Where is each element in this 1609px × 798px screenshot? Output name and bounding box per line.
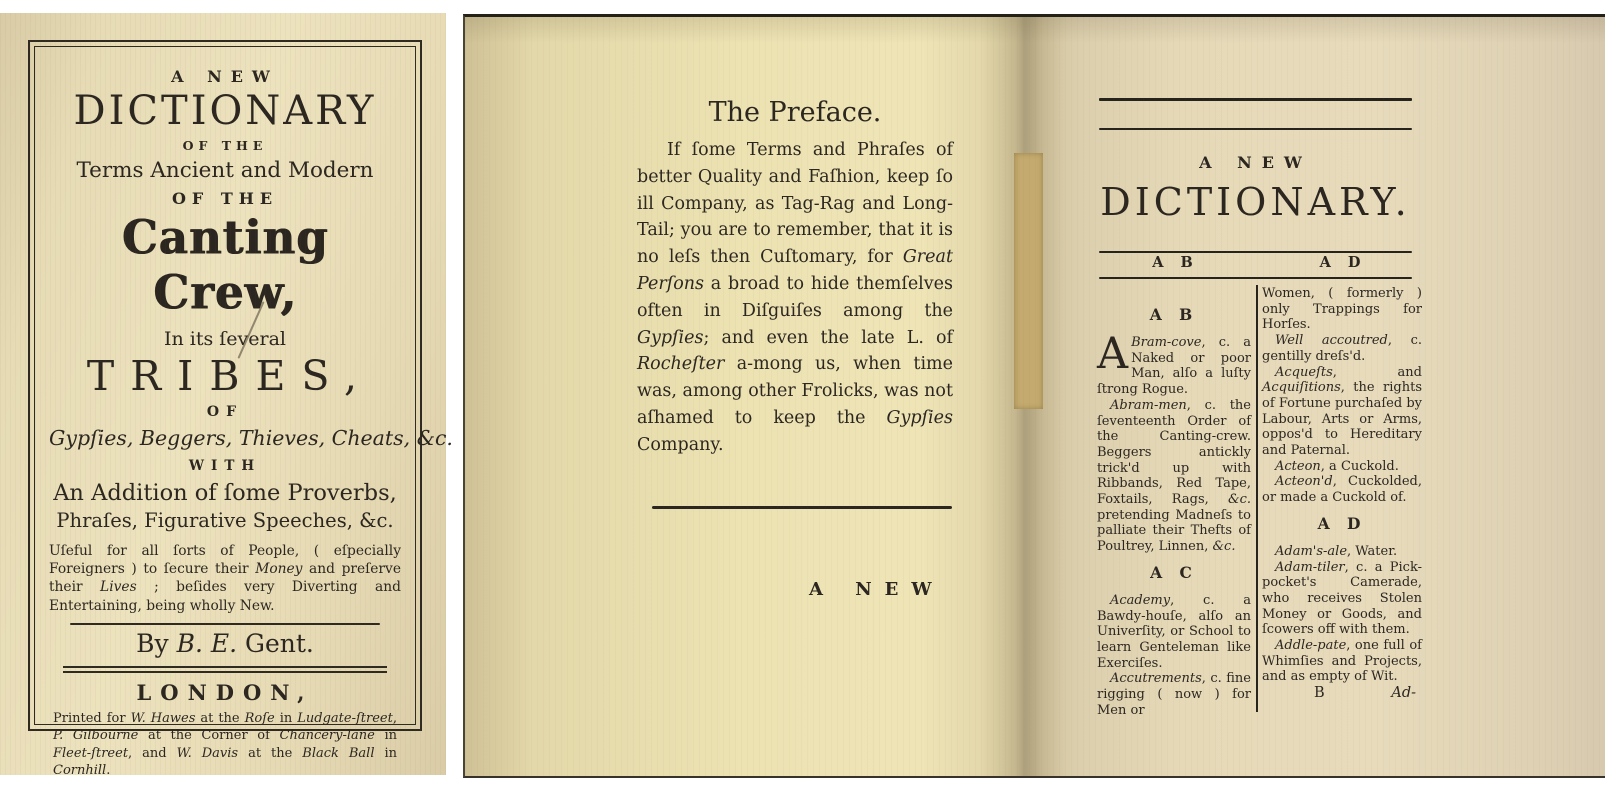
title-border-outer: A NEW DICTIONARY OF THE Terms Ancient an… <box>28 40 422 731</box>
signature-mark: B <box>1314 686 1325 702</box>
text-segment: Printed for <box>53 711 131 726</box>
text-segment: at the <box>238 746 302 761</box>
dictionary-entry: Acteon'd, Cuckolded, or made a Cuckold o… <box>1262 474 1422 505</box>
italic-text-segment: Well accoutred <box>1275 333 1388 348</box>
italic-text-segment: Black Ball <box>302 746 374 761</box>
drop-cap: A <box>1097 335 1131 371</box>
text-segment: , <box>393 711 397 726</box>
text-segment: By <box>136 629 176 658</box>
dictionary-entry: Adam's-ale, Water. <box>1262 544 1422 560</box>
italic-text-segment: Fleet-ſtreet <box>53 746 128 761</box>
text-segment: , a Cuckold. <box>1321 459 1399 474</box>
text-segment: , Water. <box>1347 544 1397 559</box>
title-line-with: WITH <box>49 458 401 474</box>
catchword: Ad- <box>1391 686 1416 702</box>
dictionary-entry: ABram-cove, c. a Naked or poor Man, alſo… <box>1097 335 1251 398</box>
text-segment: at the <box>195 711 244 726</box>
italic-text-segment: Acqueſts <box>1275 365 1333 380</box>
text-segment: Gent. <box>237 629 314 658</box>
italic-text-segment: Rocheſter <box>637 354 724 374</box>
title-line-tribes-list: Gypſies, Beggers, Thieves, Cheats, &c. <box>49 426 401 450</box>
italic-text-segment: Gypſies <box>887 408 953 428</box>
text-segment: in <box>375 728 397 743</box>
italic-text-segment: Accutrements <box>1110 671 1202 686</box>
column-divider-rule <box>1256 285 1258 712</box>
section-heading: A D <box>1262 515 1422 533</box>
book-spread-scan: The Preface. If ſome Terms and Phraſes o… <box>463 14 1605 778</box>
italic-text-segment: Gypſies <box>637 328 703 348</box>
italic-text-segment: Adam's-ale <box>1275 544 1347 559</box>
title-line-addition-1: An Addition of ſome Proverbs, <box>49 480 401 506</box>
italic-text-segment: Abram-men <box>1110 398 1187 413</box>
italic-text-segment: Roſe <box>245 711 275 726</box>
title-line-of: OF <box>49 404 401 420</box>
preface-paragraph: If ſome Terms and Phraſes of better Qual… <box>637 137 953 459</box>
dictionary-head-rule-top <box>1099 251 1412 253</box>
dictionary-half-title-a-new: A NEW <box>1099 153 1412 172</box>
title-line-of-the-2: OF THE <box>49 189 401 208</box>
title-border-inner: A NEW DICTIONARY OF THE Terms Ancient an… <box>34 46 416 725</box>
text-segment: , c. the ſeventeenth Order of the Cantin… <box>1097 398 1251 507</box>
italic-text-segment: Bram-cove <box>1131 335 1201 350</box>
italic-text-segment: Ludgate-ſtreet <box>297 711 393 726</box>
italic-text-segment: Academy <box>1110 593 1170 608</box>
italic-text-segment: Lives <box>100 579 137 595</box>
dictionary-entry: Accutrements, c. fine rigging ( now ) fo… <box>1097 671 1251 718</box>
italic-text-segment: Acquiſitions <box>1262 380 1341 395</box>
title-double-rule-1 <box>63 666 387 669</box>
title-line-canting-crew: Canting Crew, <box>49 210 401 320</box>
title-useful-paragraph: Uſeful for all ſorts of People, ( eſpeci… <box>49 542 401 615</box>
text-segment: Women, ( formerly ) only Trappings for H… <box>1262 286 1422 332</box>
title-line-terms: Terms Ancient and Modern <box>49 158 401 183</box>
dictionary-entry: Addle-pate, one full of Whimſies and Pro… <box>1262 638 1422 685</box>
italic-text-segment: Chancery-lane <box>280 728 375 743</box>
preface-catchword: A NEW <box>809 579 945 600</box>
dictionary-entry: Women, ( formerly ) only Trappings for H… <box>1262 286 1422 333</box>
italic-text-segment: Acteon <box>1275 459 1321 474</box>
italic-text-segment: Acteon'd <box>1275 474 1333 489</box>
dictionary-head-rule-bottom <box>1099 277 1412 279</box>
dictionary-top-rule-2 <box>1099 128 1412 130</box>
title-line-tribes: TRIBES, <box>49 352 401 400</box>
dictionary-entry: Academy, c. a Bawdy-houſe, alſo an Unive… <box>1097 593 1251 672</box>
title-imprint: Printed for W. Hawes at the Roſe in Ludg… <box>49 710 401 780</box>
dictionary-column-left: A BABram-cove, c. a Naked or poor Man, a… <box>1097 285 1251 718</box>
section-heading: A C <box>1097 564 1251 582</box>
title-line-dictionary: DICTIONARY <box>49 88 401 134</box>
italic-text-segment: B. E. <box>177 629 237 658</box>
title-line-of-the-1: OF THE <box>49 138 401 153</box>
preface-heading: The Preface. <box>635 97 955 128</box>
italic-text-segment: W. Davis <box>177 746 239 761</box>
title-byline: By B. E. Gent. <box>49 629 401 658</box>
title-line-london: LONDON, <box>49 680 401 705</box>
dictionary-columns: A BABram-cove, c. a Naked or poor Man, a… <box>1097 285 1424 718</box>
title-line-addition-2: Phraſes, Figurative Speeches, &c. <box>49 509 401 532</box>
italic-text-segment: &c. <box>1212 539 1235 554</box>
preface-rule <box>652 506 952 509</box>
italic-text-segment: W. Hawes <box>131 711 196 726</box>
dictionary-top-rule-1 <box>1099 98 1412 101</box>
title-line-a-new: A NEW <box>49 67 401 86</box>
right-column-blocks: Women, ( formerly ) only Trappings for H… <box>1262 286 1422 685</box>
text-segment: ; and even the late L. of <box>703 328 953 348</box>
dictionary-entry: Abram-men, c. the ſeventeenth Order of t… <box>1097 398 1251 555</box>
text-segment: Company. <box>637 435 724 455</box>
text-segment: in <box>375 746 398 761</box>
title-double-rule-2 <box>63 671 387 673</box>
text-segment: at the Corner of <box>138 728 279 743</box>
section-heading: A B <box>1097 306 1251 324</box>
text-segment: . <box>106 763 110 778</box>
italic-text-segment: Money <box>255 561 302 577</box>
title-rule <box>70 623 380 625</box>
title-line-in-its-several: In its ſeveral <box>49 328 401 350</box>
text-segment: , and <box>1333 365 1422 380</box>
italic-text-segment: P. Gilbourne <box>53 728 138 743</box>
title-page-scan: A NEW DICTIONARY OF THE Terms Ancient an… <box>0 13 446 775</box>
page-footer: B Ad- <box>1262 685 1422 702</box>
running-head-right: A D <box>1264 254 1422 271</box>
italic-text-segment: Cornhill <box>53 763 106 778</box>
dictionary-half-title: DICTIONARY. <box>1099 180 1412 224</box>
dictionary-entry: Acteon, a Cuckold. <box>1262 459 1422 475</box>
scanned-book-photo: { "palette": { "paper_title_page": "#e6d… <box>0 0 1609 798</box>
dictionary-entry: Adam-tiler, c. a Pick-pocket's Camerade,… <box>1262 560 1422 639</box>
dictionary-entry: Well accoutred, c. gentilly dreſs'd. <box>1262 333 1422 364</box>
tape-bookmark <box>1014 153 1043 409</box>
italic-text-segment: &c. <box>1228 492 1251 507</box>
dictionary-column-right: Women, ( formerly ) only Trappings for H… <box>1262 285 1422 718</box>
dictionary-entry: Acqueſts, and Acquiſitions, the rights o… <box>1262 365 1422 459</box>
running-head-left: A B <box>1099 254 1252 271</box>
italic-text-segment: Adam-tiler <box>1275 560 1345 575</box>
italic-text-segment: Addle-pate <box>1275 638 1346 653</box>
text-segment: , and <box>128 746 177 761</box>
text-segment: in <box>275 711 298 726</box>
